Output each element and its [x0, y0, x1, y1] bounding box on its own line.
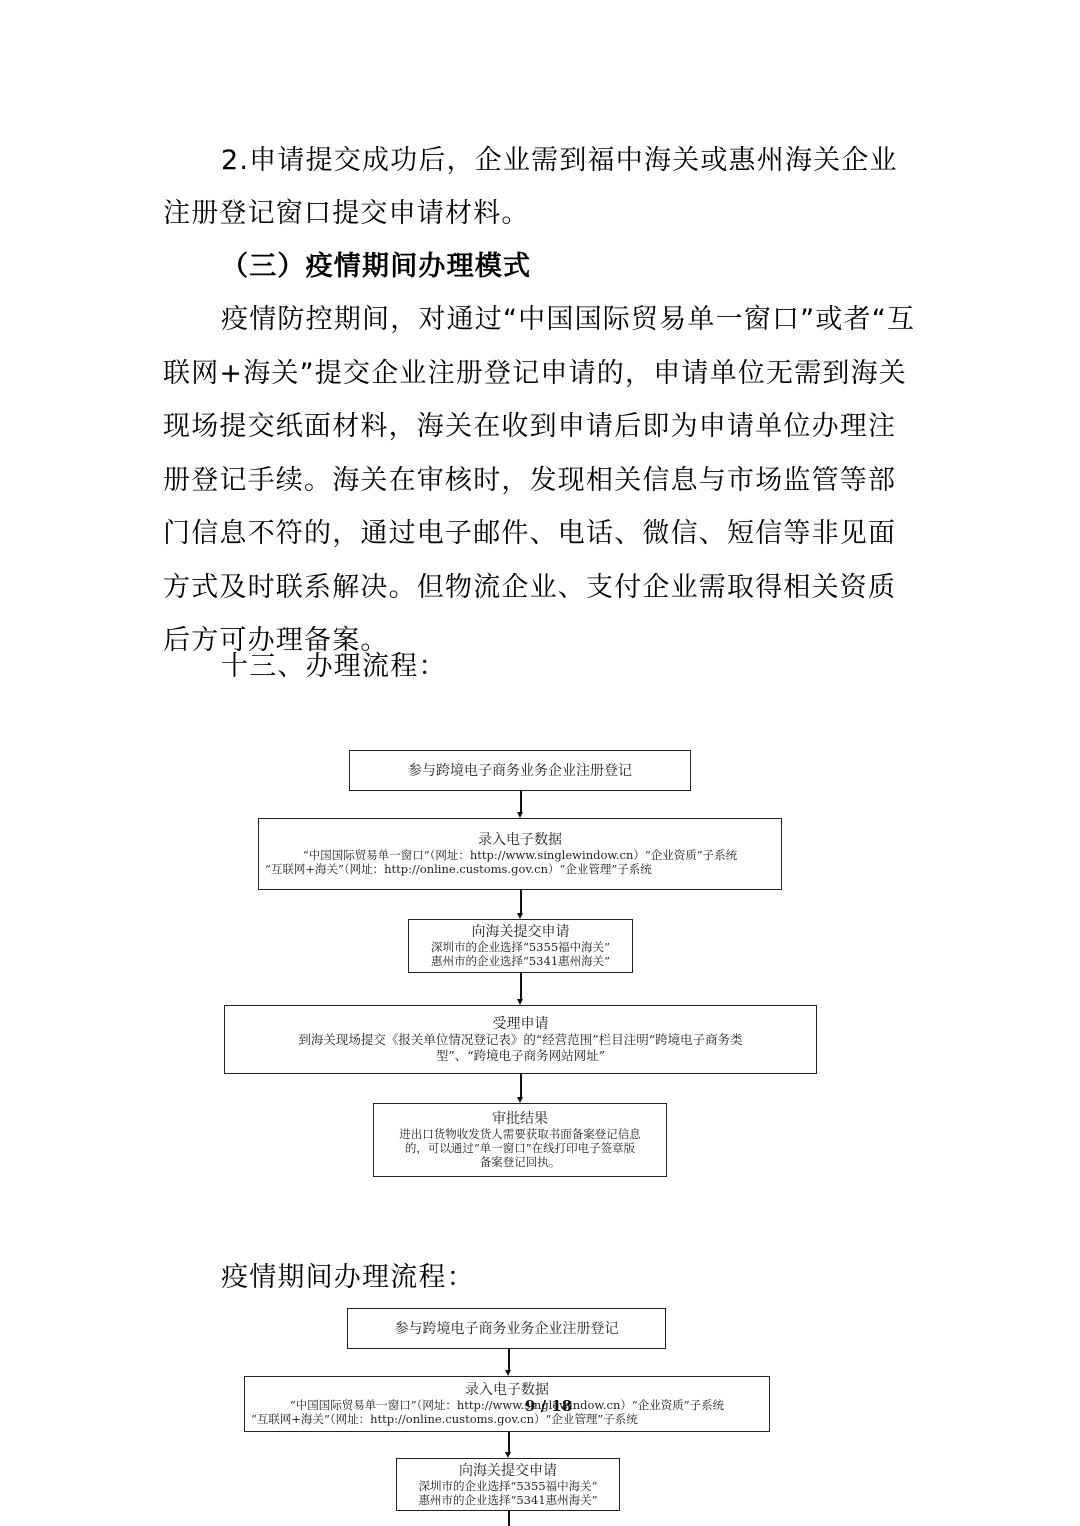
flow-step-register: 参与跨境电子商务业务企业注册登记 — [349, 750, 691, 791]
section-heading-epidemic-mode: （三）疫情期间办理模式 — [221, 240, 977, 294]
text-line: 方式及时联系解决。但物流企业、支付企业需取得相关资质 — [163, 561, 919, 615]
paragraph-epidemic-mode: 疫情防控期间，对通过“中国国际贸易单一窗口”或者“互 联网+海关”提交企业注册登… — [163, 293, 919, 668]
flow-step-approval-result: 审批结果 进出口货物收发货人需要获取书面备案登记信息 的，可以通过“单一窗口”在… — [373, 1103, 667, 1177]
connector-line — [508, 1349, 510, 1370]
flow-step-enter-data: 录入电子数据 “中国国际贸易单一窗口”（网址：http://www.single… — [244, 1376, 770, 1432]
flow-step-enter-data: 录入电子数据 “中国国际贸易单一窗口”（网址：http://www.single… — [258, 818, 782, 890]
connector-line — [520, 1074, 522, 1097]
text-line: 联网+海关”提交企业注册登记申请的，申请单位无需到海关 — [163, 347, 919, 401]
connector-line — [508, 1432, 510, 1452]
connector-line — [508, 1511, 510, 1526]
connector-line — [520, 973, 522, 999]
text-line: 疫情防控期间，对通过“中国国际贸易单一窗口”或者“互 — [163, 293, 919, 347]
paragraph-submission-success: 2.申请提交成功后，企业需到福中海关或惠州海关企业 — [163, 134, 919, 188]
flow-step-accept: 受理申请 到海关现场提交《报关单位情况登记表》的“经营范围”栏目注明“跨境电子商… — [224, 1005, 817, 1074]
connector-line — [520, 890, 522, 913]
text-line: 2.申请提交成功后，企业需到福中海关或惠州海关企业 — [163, 134, 919, 188]
page-number: 9 / 18 — [525, 1397, 572, 1415]
text-line: 册登记手续。海关在审核时，发现相关信息与市场监管等部 — [163, 454, 919, 508]
flow-step-register: 参与跨境电子商务业务企业注册登记 — [347, 1308, 666, 1349]
paragraph-submission-success-cont: 注册登记窗口提交申请材料。 — [163, 187, 919, 241]
flow-step-submit: 向海关提交申请 深圳市的企业选择“5355福中海关” 惠州市的企业选择“5341… — [396, 1458, 620, 1511]
section-heading-process: 十三、办理流程： — [221, 640, 977, 694]
section-heading-epidemic-process: 疫情期间办理流程： — [221, 1251, 977, 1305]
text-line: 门信息不符的，通过电子邮件、电话、微信、短信等非见面 — [163, 507, 919, 561]
connector-line — [520, 791, 522, 812]
flow-step-submit: 向海关提交申请 深圳市的企业选择“5355福中海关” 惠州市的企业选择“5341… — [408, 919, 633, 973]
text-line: 现场提交纸面材料，海关在收到申请后即为申请单位办理注 — [163, 400, 919, 454]
text-line: 注册登记窗口提交申请材料。 — [163, 187, 919, 241]
